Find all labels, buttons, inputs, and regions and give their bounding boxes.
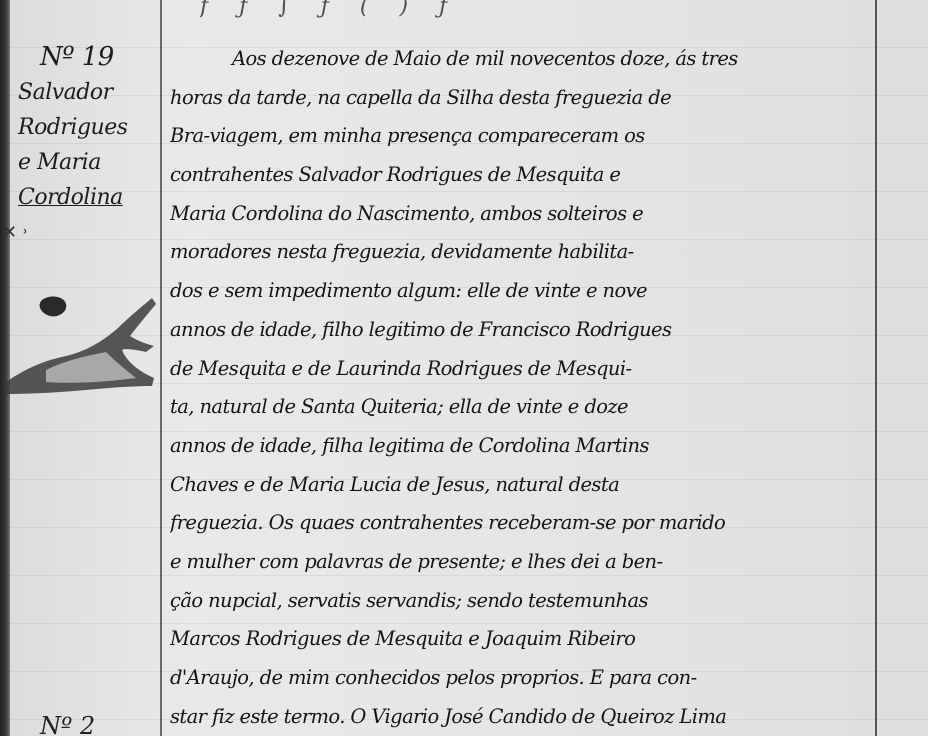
previous-entry-fragment: ƒ ƒ ∫ ƒ ( ) ƒ (200, 0, 860, 24)
entry-line: dos e sem impedimento algum: elle de vin… (170, 272, 875, 311)
margin-rule-line (160, 0, 162, 736)
entry-number: Nº 19 (18, 40, 158, 75)
entry-line: Marcos Rodrigues de Mesquita e Joaquim R… (170, 620, 875, 659)
entry-line: d'Araujo, de mim conhecidos pelos propri… (170, 659, 875, 698)
entry-line: moradores nesta freguezia, devidamente h… (170, 233, 875, 272)
margin-line: e Maria (18, 145, 158, 180)
entry-line: ção nupcial, servatis servandis; sendo t… (170, 582, 875, 621)
entry-line: ta, natural de Santa Quiteria; ella de v… (170, 388, 875, 427)
margin-annotation: Nº 19 Salvador Rodrigues e Maria Cordoli… (18, 40, 158, 215)
entry-line: annos de idade, filha legitima de Cordol… (170, 427, 875, 466)
right-rule-line (875, 0, 877, 736)
marriage-entry-text: Aos dezenove de Maio de mil novecentos d… (170, 40, 875, 736)
entry-line: horas da tarde, na capella da Silha dest… (170, 79, 875, 118)
ink-stain-icon (6, 290, 156, 400)
entry-line: e mulher com palavras de presente; e lhe… (170, 543, 875, 582)
entry-line: Chaves e de Maria Lucia de Jesus, natura… (170, 466, 875, 505)
entry-line: Bra-viagem, em minha presença comparecer… (170, 117, 875, 156)
entry-line: annos de idade, filho legitimo de Franci… (170, 311, 875, 350)
entry-line: de Mesquita e de Laurinda Rodrigues de M… (170, 350, 875, 389)
clip-mark-icon: ✕ ˒ (2, 222, 28, 243)
entry-line: freguezia. Os quaes contrahentes receber… (170, 504, 875, 543)
entry-line: Maria Cordolina do Nascimento, ambos sol… (170, 195, 875, 234)
next-entry-number: Nº 2 (40, 712, 95, 736)
signature-line: star fiz este termo. O Vigario José Cand… (170, 698, 875, 736)
entry-line: Aos dezenove de Maio de mil novecentos d… (170, 40, 875, 79)
register-page: ƒ ƒ ∫ ƒ ( ) ƒ ✕ ˒ Nº 19 Salvador Rodrigu… (0, 0, 928, 736)
margin-line: Salvador (18, 75, 158, 110)
margin-line: Rodrigues (18, 110, 158, 145)
entry-line: contrahentes Salvador Rodrigues de Mesqu… (170, 156, 875, 195)
margin-line: Cordolina (18, 180, 158, 215)
